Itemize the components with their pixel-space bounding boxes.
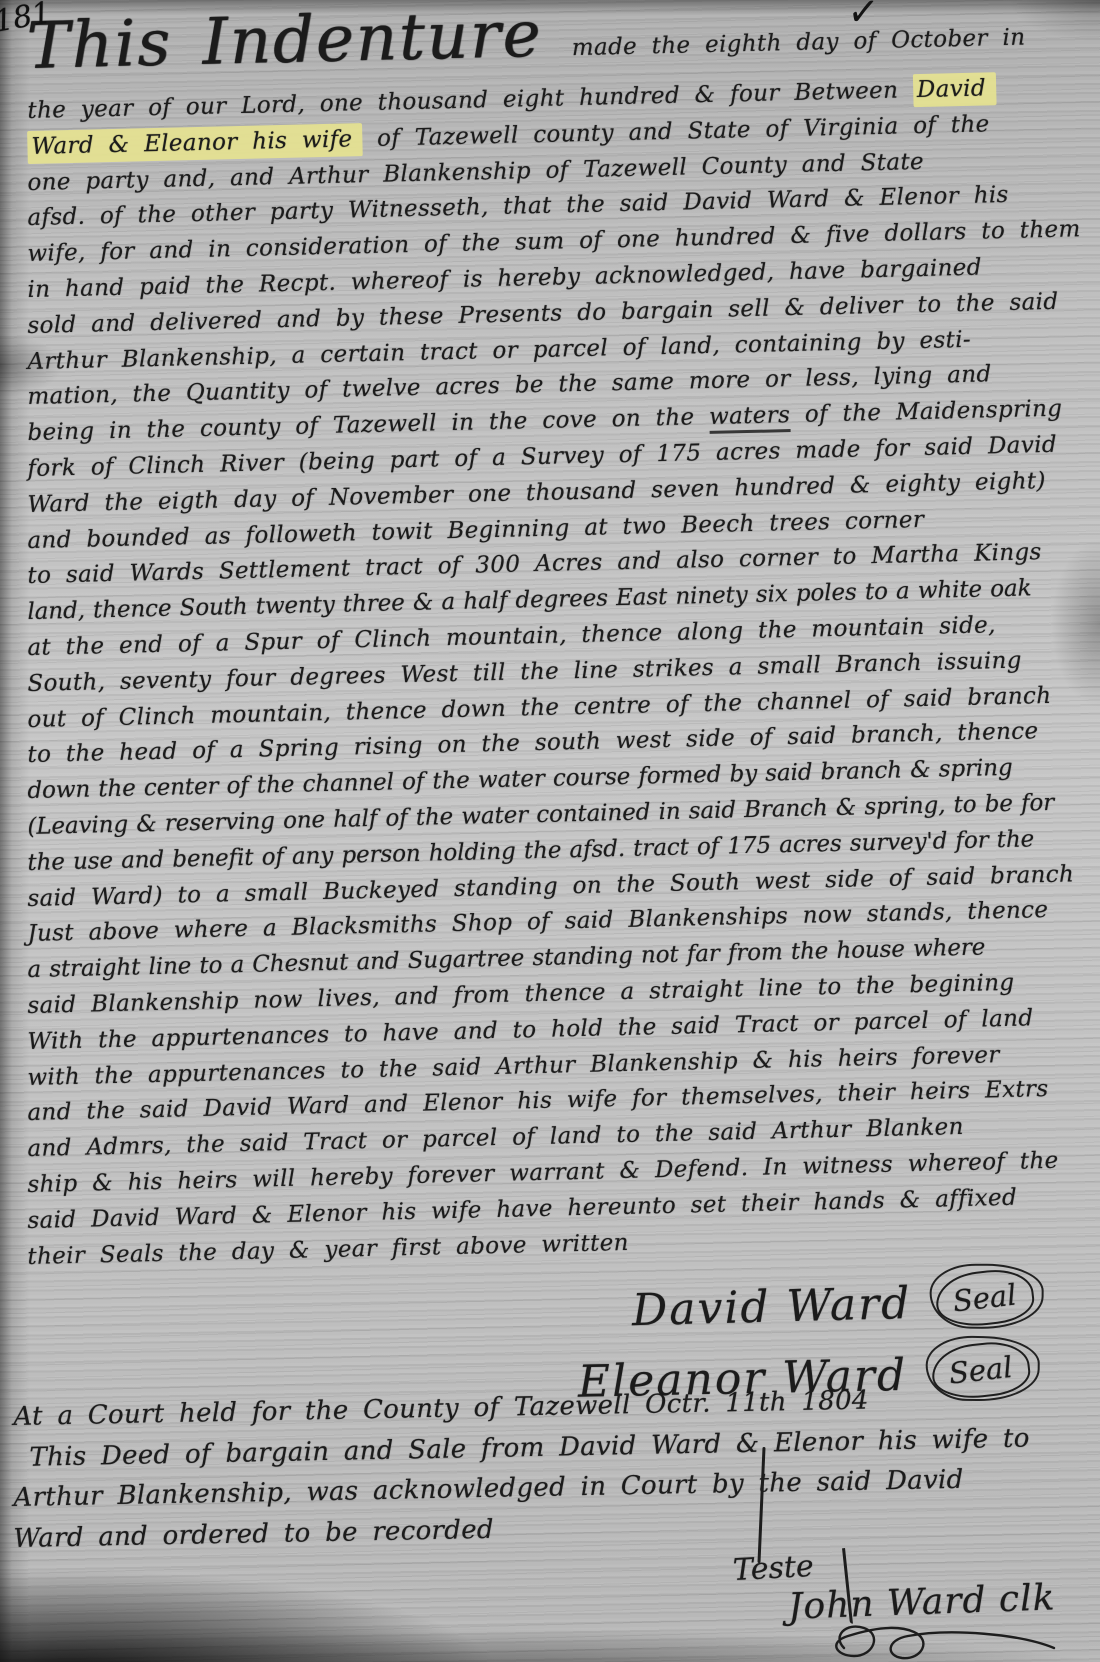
deed-document-page: 181 ✓ This Indenture made the eighth day… [0,0,1100,1662]
underlined-text: waters [709,402,791,434]
deed-body-text: This Indenture made the eighth day of Oc… [28,10,1100,1279]
clerk-flourish [830,1618,1060,1662]
pen-checkmark-icon: ✓ [846,0,881,38]
handwritten-text: made the eighth day of October in [542,24,1025,61]
opening-words: This Indenture [26,0,543,84]
handwritten-text: of the Maidenspring [790,396,1063,428]
seal-label: Seal [952,1278,1019,1319]
signature-david-ward: David WardSeal [631,1275,1033,1341]
signature-name: David Ward [631,1278,912,1336]
teste-label: Teste [732,1549,814,1588]
highlighted-text: Ward & Eleanor his wife [27,123,363,164]
court-acknowledgment-text: At a Court held for the County of Tazewe… [14,1402,1100,1564]
seal-david-ward: Seal [935,1267,1036,1329]
highlighted-text: David [913,72,997,107]
